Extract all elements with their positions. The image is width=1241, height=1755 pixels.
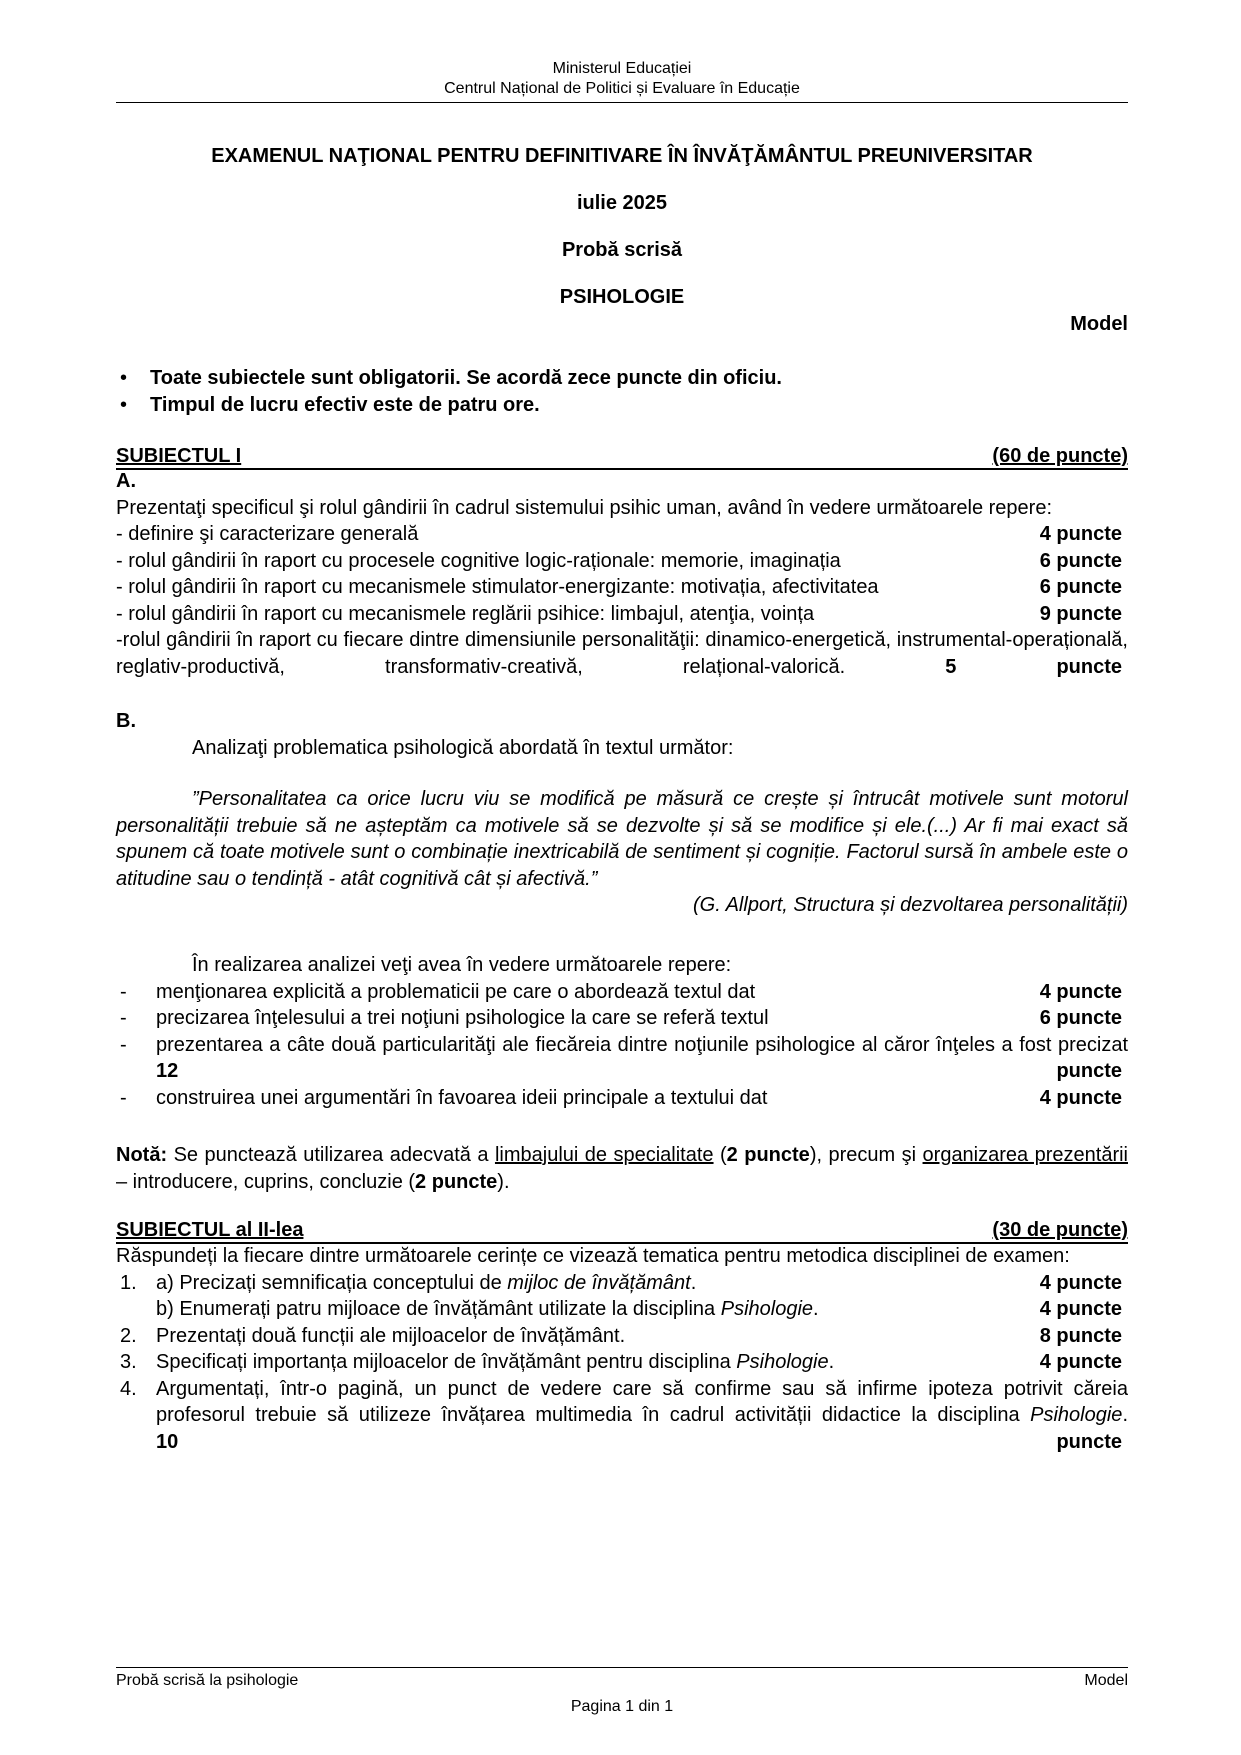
note-text: Se punctează utilizarea adecvată a [167,1144,495,1166]
part-a-label: A. [116,468,1128,495]
item-points: 5 puncte [945,656,1128,678]
item-points: 6 puncte [1040,1005,1128,1032]
allport-quote: ”Personalitatea ca orice lucru viu se mo… [116,786,1128,892]
note-text: ( [714,1144,727,1166]
item-points: 4 puncte [1040,1349,1128,1376]
note-underlined: organizarea prezentării [923,1144,1128,1166]
item-text: Prezentați două funcții ale mijloacelor … [156,1325,625,1347]
dash-mark: - [120,979,127,1006]
exam-type: Probă scrisă [116,239,1128,262]
subject-1-heading: SUBIECTUL I (60 de puncte) [116,444,1128,470]
exam-title: EXAMENUL NAŢIONAL PENTRU DEFINITIVARE ÎN… [116,145,1128,168]
item-text: - rolul gândirii în raport cu mecanismel… [116,601,814,628]
part-a-item: - rolul gândirii în raport cu mecanismel… [116,601,1128,628]
instructions-list: Toate subiectele sunt obligatorii. Se ac… [116,365,1128,419]
exam-subject: PSIHOLOGIE [116,286,1128,309]
subject-1-points: (60 de puncte) [992,444,1128,468]
item-points: 6 puncte [1040,574,1128,601]
instruction-item: Timpul de lucru efectiv este de patru or… [116,392,1128,419]
subject-1-part-a: A. Prezentaţi specificul şi rolul gândir… [116,468,1128,680]
subject-1-title: SUBIECTUL I [116,444,241,468]
subject-2-item: 2. Prezentați două funcții ale mijloacel… [116,1323,1128,1350]
part-a-item: - rolul gândirii în raport cu procesele … [116,548,1128,575]
footer-right: Model [116,1671,1128,1690]
quote-source: (G. Allport, Structura și dezvoltarea pe… [116,892,1128,919]
dash-mark: - [120,1085,127,1112]
item-text: menţionarea explicită a problematicii pe… [156,979,755,1006]
item-emphasis: Psihologie [736,1351,828,1373]
header-rule [116,102,1128,103]
subject-2-item: 3. Specificați importanța mijloacelor de… [116,1349,1128,1376]
item-points: 8 puncte [1040,1323,1128,1350]
subject-2-points: (30 de puncte) [992,1218,1128,1242]
item-text: . [1122,1404,1128,1426]
part-b-label: B. [116,708,1128,735]
center-name: Centrul Național de Politici și Evaluare… [116,79,1128,98]
item-text: - definire şi caracterizare generală [116,521,418,548]
item-text: . [813,1298,819,1320]
ministry-name: Ministerul Educației [116,59,1128,78]
part-a-item: -rolul gândirii în raport cu fiecare din… [116,627,1128,680]
note-points: 2 puncte [415,1171,497,1193]
subject-2-title: SUBIECTUL al II-lea [116,1218,303,1242]
item-emphasis: Psihologie [721,1298,813,1320]
part-b-item: - construirea unei argumentări în favoar… [116,1085,1128,1112]
item-emphasis: mijloc de învățământ [507,1272,690,1294]
subject-2-prompt: Răspundeți la fiecare dintre următoarele… [116,1243,1128,1270]
note-text: ), precum şi [810,1144,923,1166]
subject-2-item: 4. Argumentați, într-o pagină, un punct … [116,1376,1128,1456]
item-points: 9 puncte [1040,601,1128,628]
part-a-item: - definire şi caracterizare generală 4 p… [116,521,1128,548]
item-text: b) Enumerați patru mijloace de învățămân… [156,1298,721,1320]
part-b-item: - prezentarea a câte două particularităţ… [116,1032,1128,1085]
exam-page: Ministerul Educației Centrul Național de… [0,0,1241,1755]
part-b-item: - menţionarea explicită a problematicii … [116,979,1128,1006]
item-points: 4 puncte [1040,1270,1128,1297]
subject-2-body: Răspundeți la fiecare dintre următoarele… [116,1243,1128,1455]
item-points: 4 puncte [1040,979,1128,1006]
note-points: 2 puncte [727,1144,810,1166]
item-text: precizarea înţelesului a trei noţiuni ps… [156,1005,769,1032]
item-text: Specificați importanța mijloacelor de în… [156,1351,736,1373]
exam-session: iulie 2025 [116,192,1128,215]
note-text: – introducere, cuprins, concluzie ( [116,1171,415,1193]
subject-2-heading: SUBIECTUL al II-lea (30 de puncte) [116,1218,1128,1244]
subject-2-item: 1. a) Precizați semnificația conceptului… [116,1270,1128,1297]
part-b-prompt: Analizaţi problematica psihologică abord… [116,735,1128,762]
variant-label: Model [1070,313,1128,336]
item-points: 6 puncte [1040,548,1128,575]
part-b-item: - precizarea înţelesului a trei noţiuni … [116,1005,1128,1032]
dash-mark: - [120,1005,127,1032]
item-text: a) Precizați semnificația conceptului de [156,1272,507,1294]
instruction-item: Toate subiectele sunt obligatorii. Se ac… [116,365,1128,392]
item-text: . [829,1351,835,1373]
item-text: Argumentați, într-o pagină, un punct de … [156,1378,1128,1427]
item-text: - rolul gândirii în raport cu mecanismel… [116,574,879,601]
scoring-note: Notă: Se punctează utilizarea adecvată a… [116,1142,1128,1195]
item-points: 4 puncte [1040,521,1128,548]
note-label: Notă: [116,1144,167,1166]
item-text: construirea unei argumentări în favoarea… [156,1085,767,1112]
item-number: 2. [120,1323,137,1350]
note-underlined: limbajului de specialitate [495,1144,714,1166]
subject-2-item: b) Enumerați patru mijloace de învățămân… [116,1296,1128,1323]
item-points: 4 puncte [1040,1085,1128,1112]
item-points: 10 puncte [156,1431,1128,1453]
item-number: 1. [120,1270,137,1297]
item-points: 12 puncte [156,1060,1128,1082]
item-text: - rolul gândirii în raport cu procesele … [116,548,841,575]
footer-rule [116,1667,1128,1668]
subject-1-part-b: B. Analizaţi problematica psihologică ab… [116,708,1128,761]
item-points: 4 puncte [1040,1296,1128,1323]
item-number: 4. [120,1376,137,1403]
part-b-repere: În realizarea analizei veţi avea în vede… [116,952,1128,1111]
part-a-prompt: Prezentaţi specificul şi rolul gândirii … [116,495,1128,522]
part-a-item: - rolul gândirii în raport cu mecanismel… [116,574,1128,601]
note-text: ). [497,1171,509,1193]
dash-mark: - [120,1032,127,1059]
item-text: . [691,1272,697,1294]
item-text: prezentarea a câte două particularităţi … [156,1034,1128,1056]
page-number: Pagina 1 din 1 [116,1697,1128,1716]
repere-intro: În realizarea analizei veţi avea în vede… [116,952,1128,979]
item-emphasis: Psihologie [1030,1404,1122,1426]
item-number: 3. [120,1349,137,1376]
